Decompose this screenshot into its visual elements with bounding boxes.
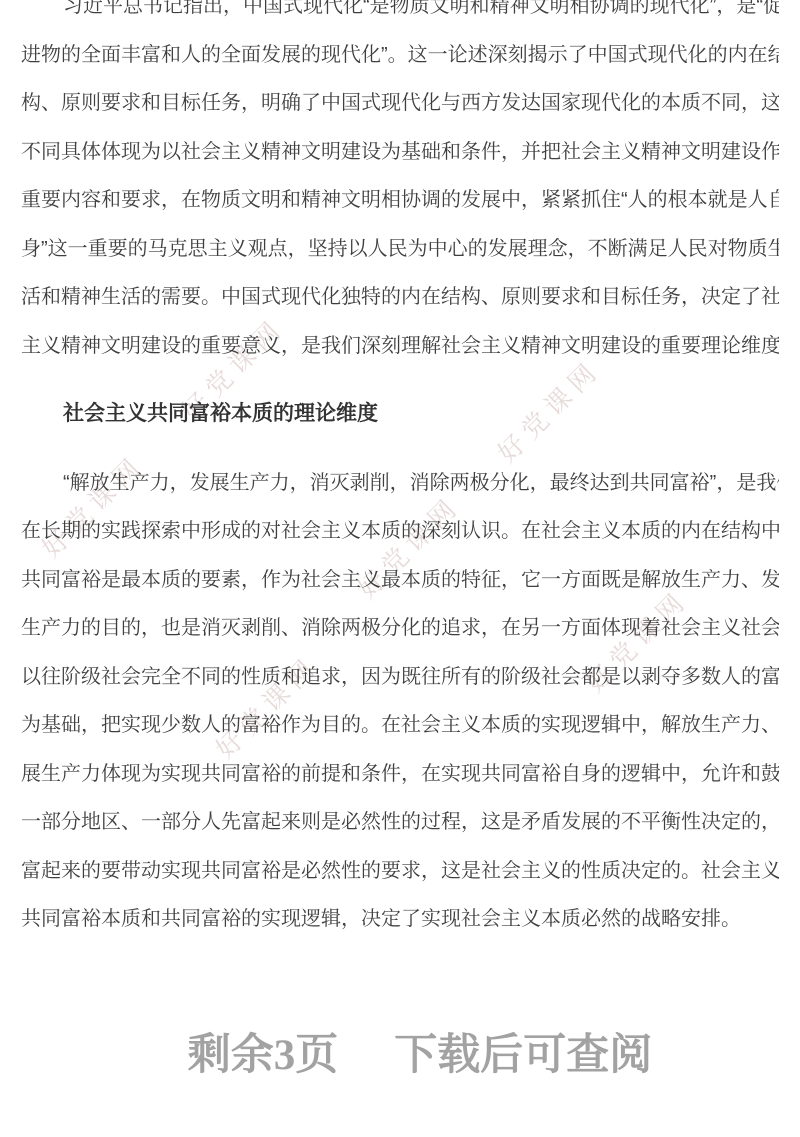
- document-preview-page: 好党课网 好党课网 好党课网 好党课网 好党课网 好党课网 习近平总书记指出，中…: [0, 0, 800, 1137]
- body-line: 展生产力体现为实现共同富裕的前提和条件，在实现共同富裕自身的逻辑中，允许和鼓励: [21, 750, 779, 799]
- body-line: “解放生产力，发展生产力，消灭剥削，消除两极分化，最终达到共同富裕”，是我们: [21, 459, 779, 508]
- body-line: 主义精神文明建设的重要意义，是我们深刻理解社会主义精神文明建设的重要理论维度。: [21, 322, 779, 371]
- body-line: 不同具体体现为以社会主义精神文明建设为基础和条件，并把社会主义精神文明建设作为: [21, 128, 779, 177]
- download-hint-label: 下载后可查阅: [394, 1032, 652, 1079]
- body-line: 进物的全面丰富和人的全面发展的现代化”。这一论述深刻揭示了中国式现代化的内在结: [21, 31, 779, 80]
- pages-remaining-notice: 剩余3页下载后可查阅: [20, 1028, 800, 1084]
- body-line: 共同富裕本质和共同富裕的实现逻辑，决定了实现社会主义本质必然的战略安排。: [21, 895, 779, 944]
- body-line: 在长期的实践探索中形成的对社会主义本质的深刻认识。在社会主义本质的内在结构中，: [21, 507, 779, 556]
- body-line: 生产力的目的，也是消灭剥削、消除两极分化的追求，在另一方面体现着社会主义社会与: [21, 604, 779, 653]
- body-line: 共同富裕是最本质的要素，作为社会主义最本质的特征，它一方面既是解放生产力、发展: [21, 556, 779, 605]
- paragraph-2: “解放生产力，发展生产力，消灭剥削，消除两极分化，最终达到共同富裕”，是我们 在…: [21, 459, 779, 944]
- body-line: 一部分地区、一部分人先富起来则是必然性的过程，这是矛盾发展的不平衡性决定的，先: [21, 798, 779, 847]
- body-line: 身”这一重要的马克思主义观点，坚持以人民为中心的发展理念，不断满足人民对物质生: [21, 225, 779, 274]
- body-line: 重要内容和要求，在物质文明和精神文明相协调的发展中，紧紧抓住“人的根本就是人自: [21, 176, 779, 225]
- body-line: 以往阶级社会完全不同的性质和追求，因为既往所有的阶级社会都是以剥夺多数人的富裕: [21, 653, 779, 702]
- body-line: 为基础，把实现少数人的富裕作为目的。在社会主义本质的实现逻辑中，解放生产力、发: [21, 701, 779, 750]
- paragraph-1: 习近平总书记指出，中国式现代化“是物质文明和精神文明相协调的现代化”，是“促 进…: [21, 0, 779, 370]
- document-body: 习近平总书记指出，中国式现代化“是物质文明和精神文明相协调的现代化”，是“促 进…: [21, 0, 779, 944]
- body-line: 富起来的要带动实现共同富裕是必然性的要求，这是社会主义的性质决定的。社会主义的: [21, 847, 779, 896]
- section-heading: 社会主义共同富裕本质的理论维度: [21, 390, 779, 439]
- body-line: 习近平总书记指出，中国式现代化“是物质文明和精神文明相协调的现代化”，是“促: [21, 0, 779, 31]
- body-line: 构、原则要求和目标任务，明确了中国式现代化与西方发达国家现代化的本质不同，这种: [21, 79, 779, 128]
- remaining-pages-label: 剩余3页: [188, 1032, 339, 1079]
- body-line: 活和精神生活的需要。中国式现代化独特的内在结构、原则要求和目标任务，决定了社会: [21, 273, 779, 322]
